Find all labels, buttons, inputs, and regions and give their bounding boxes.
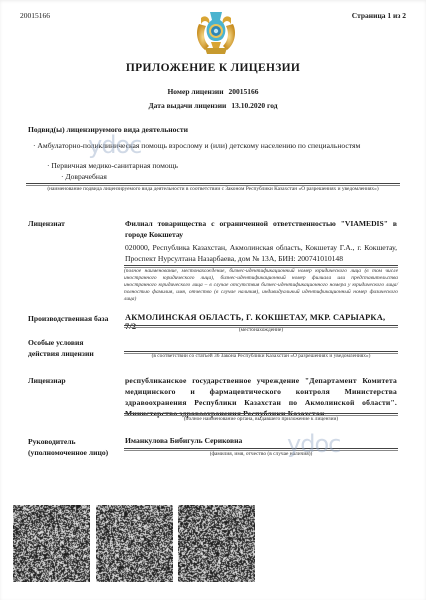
special-conditions-label-line2: действия лицензии (28, 348, 94, 359)
production-base-label: Производственная база (28, 313, 108, 324)
licensee-address: 020000, Республика Казахстан, Акмолинска… (125, 242, 397, 264)
subtype-item: · Первичная медико-санитарная помощь (47, 161, 178, 170)
state-emblem-icon (193, 8, 239, 56)
license-number-line: Номер лицензии20015166 (0, 87, 426, 96)
header-doc-number: 20015166 (20, 11, 50, 20)
license-date-value: 13.10.2020 год (231, 101, 277, 110)
head-label: Руководитель (уполномоченное лицо) (28, 436, 108, 458)
license-number-label: Номер лицензии (167, 87, 223, 96)
subtypes-caption: (наименование подвида лицензируемого вид… (26, 186, 400, 193)
page-title: ПРИЛОЖЕНИЕ К ЛИЦЕНЗИИ (0, 62, 426, 74)
special-conditions-label: Особые условия действия лицензии (28, 337, 94, 359)
qr-code (178, 505, 255, 582)
subtype-item: · Амбулаторно-поликлиническая помощь взр… (33, 141, 360, 150)
licensor-label: Лицензиар (28, 375, 66, 386)
special-conditions-caption: (в соответствии со статьей 36 Закона Рес… (124, 353, 398, 360)
head-value: Иманкулова Бибигуль Сериковна (125, 436, 397, 445)
licensee-label: Лицензиат (28, 218, 65, 229)
head-caption: (фамилия, имя, отчество (в случае наличи… (124, 451, 398, 458)
special-conditions-label-line1: Особые условия (28, 337, 94, 348)
license-date-line: Дата выдачи лицензии13.10.2020 год (0, 101, 426, 110)
head-label-line2: (уполномоченное лицо) (28, 447, 108, 458)
production-base-caption: (местонахождение) (124, 327, 398, 334)
document-page: 20015166 Страница 1 из 2 ПРИЛОЖЕНИЕ К ЛИ… (0, 0, 426, 600)
subtype-item: · Доврачебная (61, 172, 107, 181)
license-number-value: 20015166 (229, 87, 259, 96)
qr-code (96, 505, 173, 582)
page-indicator: Страница 1 из 2 (352, 11, 406, 20)
licensee-name: Филиал товарищества с ограниченной ответ… (125, 218, 397, 240)
licensee-caption: (полное наименование, местонахождение, б… (124, 268, 398, 303)
licensor-caption: (полное наименование органа, выдавшего п… (124, 416, 398, 423)
qr-code (13, 505, 90, 582)
license-date-label: Дата выдачи лицензии (148, 101, 226, 110)
subtypes-heading: Подвид(ы) лицензируемого вида деятельнос… (28, 125, 188, 134)
head-label-line1: Руководитель (28, 436, 108, 447)
